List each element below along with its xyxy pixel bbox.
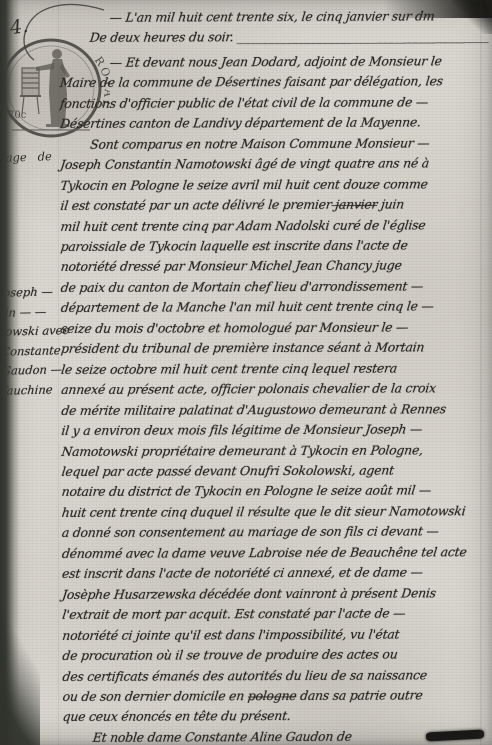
bottom-left-shadow [0,595,40,745]
text-line: il est constaté par un acte délivré le p… [59,194,491,216]
text-line: ou de son dernier domicile en p̶o̶l̶o̶g̶… [61,685,492,707]
text-line: de procuration où il se trouve de produi… [61,644,492,666]
text-line: fonctions d'officier public de l'état ci… [59,92,491,114]
text-line: Sont comparus en notre Maison Commune Mo… [59,133,491,155]
text-line: annexé au présent acte, officier polonai… [60,378,492,400]
text-line: paroissiale de Tykocin laquelle est insc… [59,235,491,257]
text-line: l'extrait de mort par acquit. Est consta… [61,603,492,625]
top-right-corner-shadow [452,0,492,34]
text-line: président du tribunal de première instan… [60,337,492,359]
right-crease-line [480,0,482,745]
text-line: est inscrit dans l'acte de notoriété ci … [61,562,492,584]
text-line: notoriété ci jointe qu'il est dans l'imp… [61,624,492,646]
text-line: le seize octobre mil huit cent trente ci… [60,358,492,380]
text-line: huit cent trente cinq duquel il résulte … [61,501,492,523]
text-line: dénommé avec la dame veuve Labroise née … [61,542,492,564]
text-line: notoriété dressé par Monsieur Michel Jea… [60,255,492,277]
text-line: De deux heures du soir. ________________… [59,27,491,49]
text-line: Joseph Constantin Namotowski âgé de ving… [59,153,491,175]
text-line: des certificats émanés des autorités du … [61,665,492,687]
text-line: lequel par acte passé devant Onufri Soko… [60,460,492,482]
text-line: — Et devant nous Jean Dodard, adjoint de… [59,51,491,73]
manuscript-page: 4. ROYAL 70c iage de joseph —tin — [0,0,492,745]
text-line: mil huit cent trente cinq par Adam Nadol… [59,215,491,237]
text-line: Josèphe Husarzewska décédée dont vainron… [61,583,492,605]
text-line: seize du mois d'octobre et homologué par… [60,317,492,339]
text-line: que ceux énoncés en tête du présent. [62,705,492,727]
margin-crease-line [58,0,59,745]
text-line: de mérite militaire palatinat d'Augustow… [60,399,492,421]
text-line: notaire du district de Tykocin en Pologn… [61,480,492,502]
text-line: Tykocin en Pologne le seize avril mil hu… [59,174,491,196]
text-line: Désertines canton de Landivy département… [59,112,491,134]
text-line: département de la Manche l'an mil huit c… [60,296,492,318]
text-line: il y a environ deux mois fils légitime d… [60,419,492,441]
text-line: de paix du canton de Mortain chef lieu d… [60,276,492,298]
text-line: Namotowski propriétaire demeurant à Tyko… [60,440,492,462]
text-line: a donné son consentement au mariage de s… [61,521,492,543]
text-line: Maire de la commune de Désertines faisan… [59,71,491,93]
manuscript-text: — L'an mil huit cent trente six, le cinq… [58,6,491,745]
